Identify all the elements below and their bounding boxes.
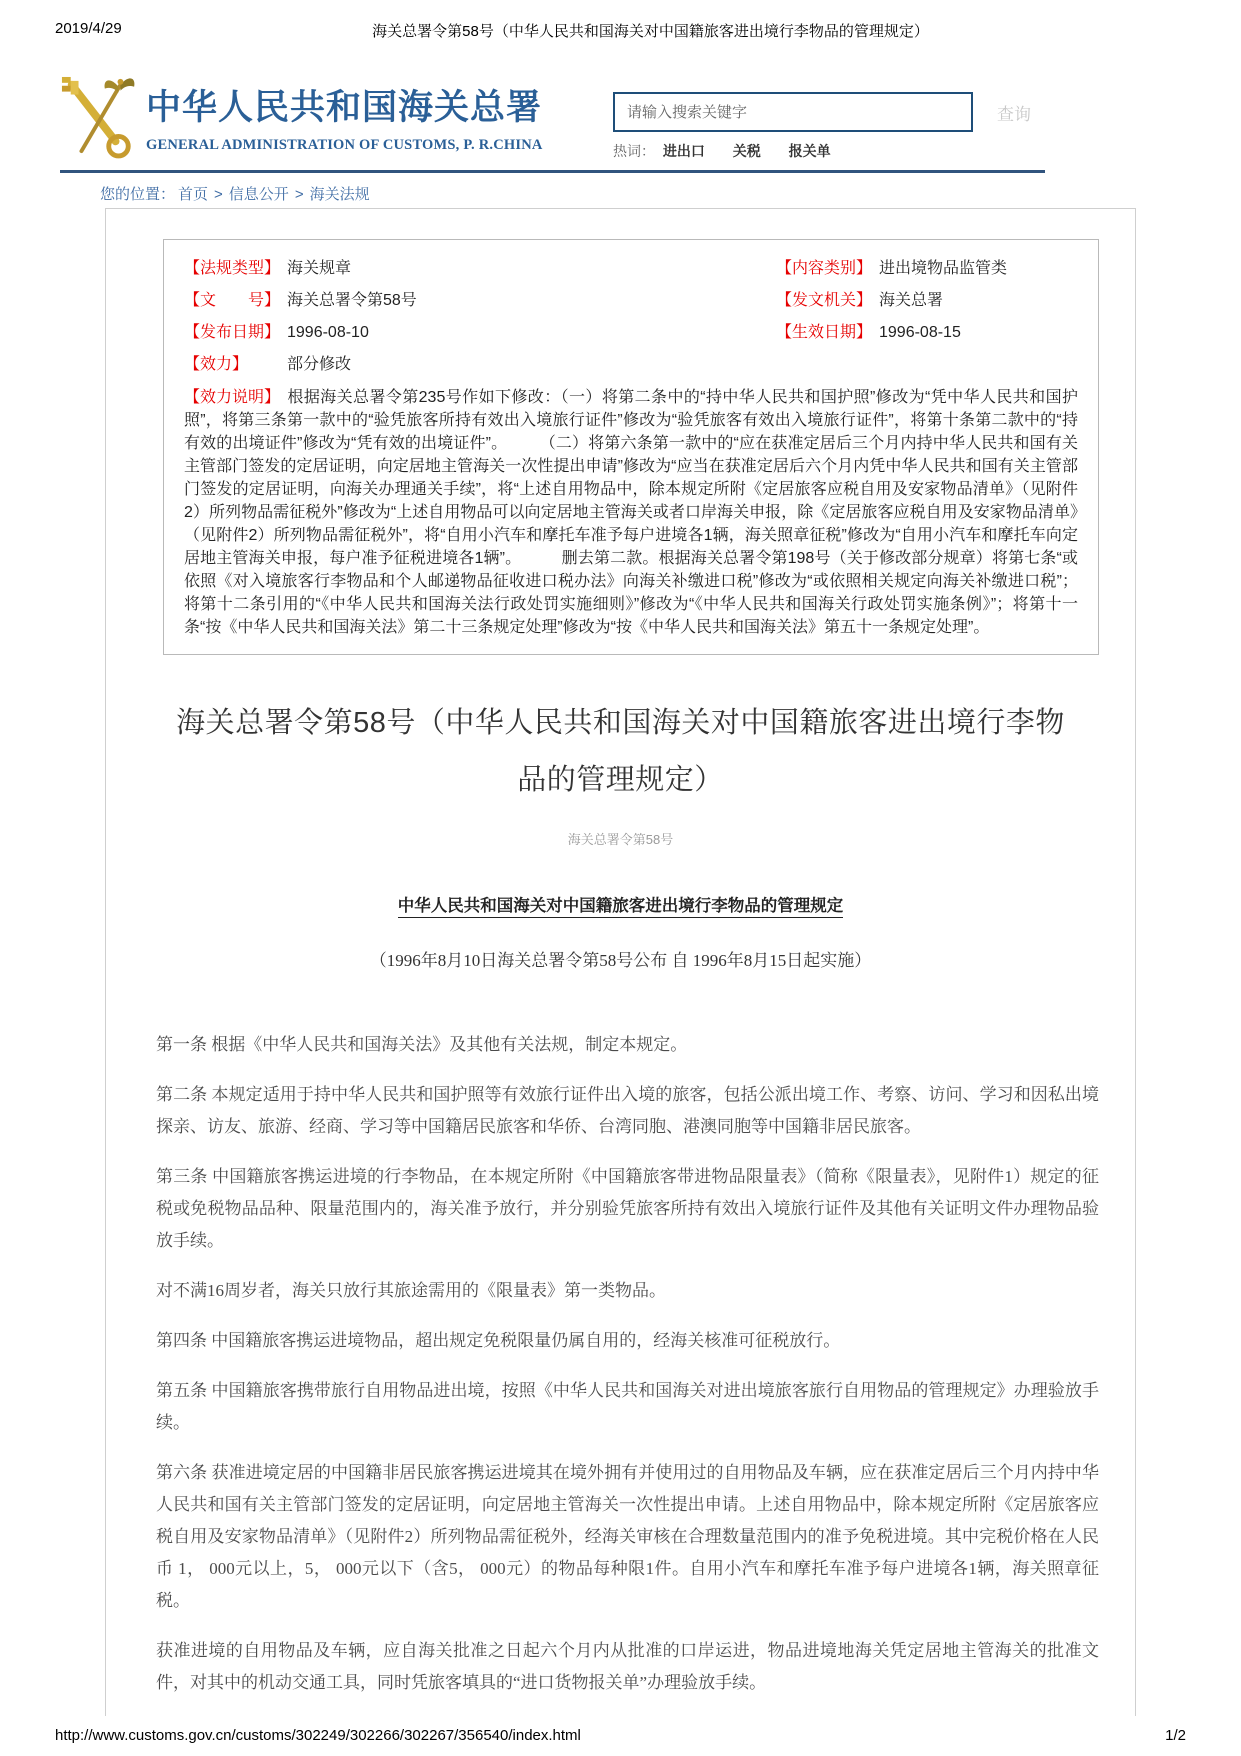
body-paragraph: 第一条 根据《中华人民共和国海关法》及其他有关法规，制定本规定。 <box>156 1029 1099 1061</box>
breadcrumb-customs-regulations[interactable]: 海关法规 <box>310 186 370 203</box>
print-title: 海关总署令第58号（中华人民共和国海关对中国籍旅客进出境行李物品的管理规定） <box>55 20 1186 41</box>
print-date: 2019/4/29 <box>55 20 122 37</box>
meta-grid: 【法规类型】海关规章 【内容类别】进出境物品监管类 【文 号】海关总署令第58号… <box>184 253 1078 349</box>
breadcrumb-prefix: 您的位置： <box>100 186 175 203</box>
regulation-body: 第一条 根据《中华人民共和国海关法》及其他有关法规，制定本规定。 第二条 本规定… <box>156 1029 1099 1699</box>
hot-word-customs-declaration[interactable]: 报关单 <box>789 143 831 159</box>
meta-validity-note-label: 【效力说明】 <box>184 386 287 409</box>
body-paragraph: 第三条 中国籍旅客携运进境的行李物品，在本规定所附《中国籍旅客带进物品限量表》（… <box>156 1161 1099 1257</box>
meta-content-category: 【内容类别】进出境物品监管类 <box>776 253 1078 285</box>
page-number: 1/2 <box>1165 1727 1186 1744</box>
breadcrumb-separator: > <box>295 186 304 203</box>
site-header: 中华人民共和国海关总署 GENERAL ADMINISTRATION OF CU… <box>60 68 1045 173</box>
search-input[interactable] <box>613 92 973 132</box>
hot-word-import-export[interactable]: 进出口 <box>663 143 705 159</box>
meta-issuing-authority: 【发文机关】海关总署 <box>776 285 1078 317</box>
customs-emblem-logo[interactable] <box>60 68 138 162</box>
page: 2019/4/29 海关总署令第58号（中华人民共和国海关对中国籍旅客进出境行李… <box>0 0 1241 1756</box>
hot-words-row: 热词： 进出口 关税 报关单 <box>613 141 1045 161</box>
site-titles: 中华人民共和国海关总署 GENERAL ADMINISTRATION OF CU… <box>146 80 543 154</box>
body-paragraph: 第六条 获准进境定居的中国籍非居民旅客携运进境其在境外拥有并使用过的自用物品及车… <box>156 1457 1099 1617</box>
document-title: 海关总署令第58号（中华人民共和国海关对中国籍旅客进出境行李物品的管理规定） <box>166 695 1075 809</box>
breadcrumb: 您的位置：首页>信息公开>海关法规 <box>100 183 373 204</box>
body-paragraph: 第四条 中国籍旅客携运进境物品，超出规定免税限量仍属自用的，经海关核准可征税放行… <box>156 1325 1099 1357</box>
print-header: 2019/4/29 海关总署令第58号（中华人民共和国海关对中国籍旅客进出境行李… <box>55 20 1186 42</box>
site-title-cn: 中华人民共和国海关总署 <box>146 80 543 130</box>
body-paragraph: 对不满16周岁者，海关只放行其旅途需用的《限量表》第一类物品。 <box>156 1275 1099 1307</box>
key-caduceus-icon <box>60 68 138 162</box>
page-url: http://www.customs.gov.cn/customs/302249… <box>55 1727 581 1744</box>
body-paragraph: 获准进境的自用物品及车辆，应自海关批准之日起六个月内从批准的口岸运进，物品进境地… <box>156 1635 1099 1699</box>
breadcrumb-home[interactable]: 首页 <box>178 186 208 203</box>
regulation-meta-box: 【法规类型】海关规章 【内容类别】进出境物品监管类 【文 号】海关总署令第58号… <box>163 239 1099 655</box>
body-paragraph: 第五条 中国籍旅客携带旅行自用物品进出境，按照《中华人民共和国海关对进出境旅客旅… <box>156 1375 1099 1439</box>
regulation-heading-row: 中华人民共和国海关对中国籍旅客进出境行李物品的管理规定 <box>106 892 1135 916</box>
meta-effective-date: 【生效日期】1996-08-15 <box>776 317 1078 349</box>
breadcrumb-info-disclosure[interactable]: 信息公开 <box>229 186 289 203</box>
breadcrumb-separator: > <box>214 186 223 203</box>
search-area: 查询 热词： 进出口 关税 报关单 <box>613 92 1045 161</box>
body-paragraph: 第二条 本规定适用于持中华人民共和国护照等有效旅行证件出入境的旅客，包括公派出境… <box>156 1079 1099 1143</box>
regulation-heading: 中华人民共和国海关对中国籍旅客进出境行李物品的管理规定 <box>398 897 844 918</box>
search-button[interactable]: 查询 <box>991 99 1037 126</box>
meta-validity: 【效力】部分修改 <box>184 349 1078 381</box>
hot-words-label: 热词： <box>613 143 655 159</box>
meta-validity-note-text: 根据海关总署令第235号作如下修改：（一）将第二条中的“持中华人民共和国护照”修… <box>184 389 1078 636</box>
search-row: 查询 <box>613 92 1045 132</box>
document-subtitle: 海关总署令第58号 <box>106 829 1135 848</box>
publication-line: （1996年8月10日海关总署令第58号公布 自 1996年8月15日起实施） <box>106 946 1135 971</box>
site-title-en: GENERAL ADMINISTRATION OF CUSTOMS, P. R.… <box>146 137 543 154</box>
document-container: 【法规类型】海关规章 【内容类别】进出境物品监管类 【文 号】海关总署令第58号… <box>105 208 1136 1716</box>
hot-word-tariff[interactable]: 关税 <box>733 143 761 159</box>
meta-publish-date: 【发布日期】1996-08-10 <box>184 317 776 349</box>
print-footer: http://www.customs.gov.cn/customs/302249… <box>55 1727 1186 1744</box>
meta-validity-note: 【效力说明】根据海关总署令第235号作如下修改：（一）将第二条中的“持中华人民共… <box>184 386 1078 639</box>
meta-regulation-type: 【法规类型】海关规章 <box>184 253 776 285</box>
meta-document-number: 【文 号】海关总署令第58号 <box>184 285 776 317</box>
